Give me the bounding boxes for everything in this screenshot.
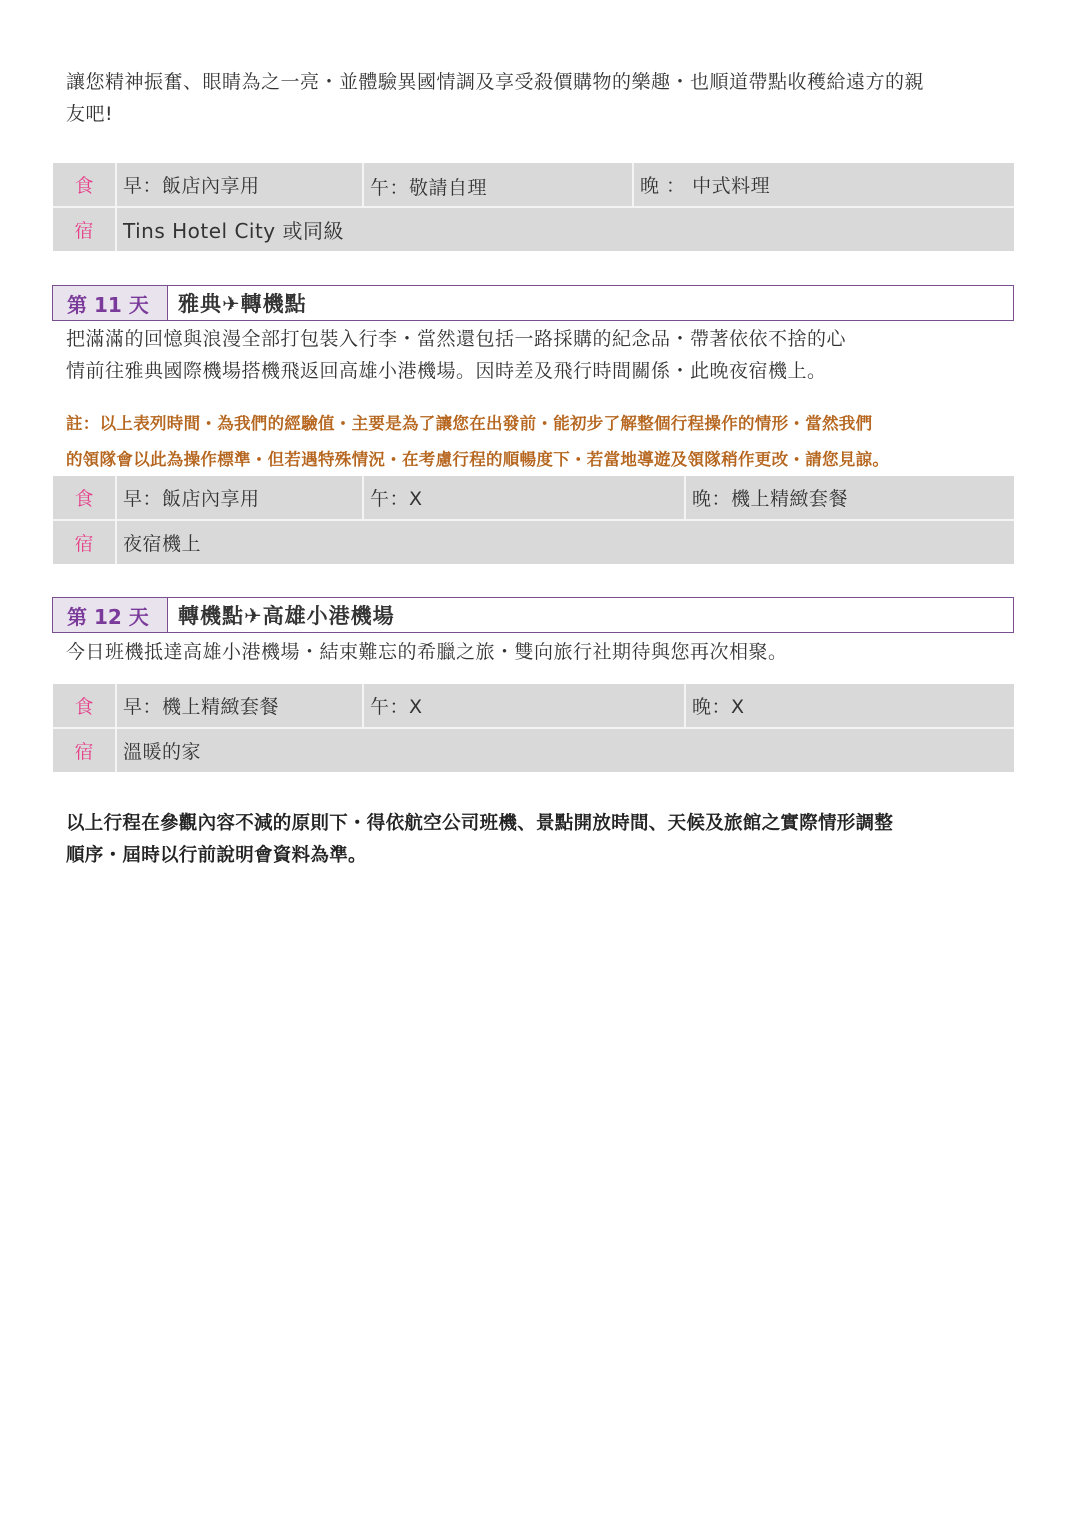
hotel-cell: Tins Hotel City 或同級 xyxy=(117,208,1014,251)
lunch-cell: 午：X xyxy=(362,684,684,727)
lunch-cell: 午：敬請自理 xyxy=(362,163,632,206)
dinner-cell: 晚：X xyxy=(684,684,1014,727)
day-label: 第 11 天 xyxy=(53,286,168,320)
breakfast-cell: 早：機上精緻套餐 xyxy=(117,684,362,727)
food-label: 食 xyxy=(53,684,117,727)
description-line: 情前往雅典國際機場搭機飛返回高雄小港機場。因時差及飛行時間關係・此晚夜宿機上。 xyxy=(66,355,1016,387)
lunch-cell: 午：X xyxy=(362,476,684,519)
dinner-cell: 晚：機上精緻套餐 xyxy=(684,476,1014,519)
day10-meal-table: 食 早：飯店內享用 午：敬請自理 晚 ： 中式料理 宿 Tins Hotel C… xyxy=(53,163,1014,251)
food-label: 食 xyxy=(53,476,117,519)
meal-row: 食 早：機上精緻套餐 午：X 晚：X xyxy=(53,684,1014,727)
day11-header: 第 11 天 雅典✈轉機點 xyxy=(52,285,1014,321)
hotel-cell: 溫暖的家 xyxy=(117,729,1014,772)
day-title: 轉機點✈高雄小港機場 xyxy=(168,598,395,632)
meal-row: 食 早：飯店內享用 午：X 晚：機上精緻套餐 xyxy=(53,476,1014,519)
footer-line: 順序・屆時以行前說明會資料為準。 xyxy=(66,840,1021,872)
day11-description: 把滿滿的回憶與浪漫全部打包裝入行李・當然還包括一路採購的紀念品・帶著依依不捨的心… xyxy=(66,323,1016,387)
stay-label: 宿 xyxy=(53,521,117,564)
day12-meal-table: 食 早：機上精緻套餐 午：X 晚：X 宿 溫暖的家 xyxy=(53,684,1014,772)
intro-paragraph: 讓您精神振奮、眼睛為之一亮・並體驗異國情調及享受殺價購物的樂趣・也順道帶點收穫給… xyxy=(66,66,1016,130)
note-line: 註：以上表列時間・為我們的經驗值・主要是為了讓您在出發前・能初步了解整個行程操作… xyxy=(66,406,1021,442)
meal-row: 食 早：飯店內享用 午：敬請自理 晚 ： 中式料理 xyxy=(53,163,1014,206)
hotel-cell: 夜宿機上 xyxy=(117,521,1014,564)
description-line: 今日班機抵達高雄小港機場・結束難忘的希臘之旅・雙向旅行社期待與您再次相聚。 xyxy=(66,636,1016,668)
day12-description: 今日班機抵達高雄小港機場・結束難忘的希臘之旅・雙向旅行社期待與您再次相聚。 xyxy=(66,636,1016,668)
stay-label: 宿 xyxy=(53,729,117,772)
breakfast-cell: 早：飯店內享用 xyxy=(117,163,362,206)
stay-row: 宿 夜宿機上 xyxy=(53,519,1014,564)
stay-row: 宿 溫暖的家 xyxy=(53,727,1014,772)
intro-line-2: 友吧! xyxy=(66,98,1016,130)
dinner-cell: 晚 ： 中式料理 xyxy=(632,163,1014,206)
stay-label: 宿 xyxy=(53,208,117,251)
note-line: 的領隊會以此為操作標準・但若遇特殊情況・在考慮行程的順暢度下・若當地導遊及領隊稍… xyxy=(66,442,1021,478)
day11-meal-table: 食 早：飯店內享用 午：X 晚：機上精緻套餐 宿 夜宿機上 xyxy=(53,476,1014,564)
breakfast-cell: 早：飯店內享用 xyxy=(117,476,362,519)
food-label: 食 xyxy=(53,163,117,206)
day11-note: 註：以上表列時間・為我們的經驗值・主要是為了讓您在出發前・能初步了解整個行程操作… xyxy=(66,406,1021,478)
stay-row: 宿 Tins Hotel City 或同級 xyxy=(53,206,1014,251)
footer-note: 以上行程在參觀內容不減的原則下・得依航空公司班機、景點開放時間、天候及旅館之實際… xyxy=(66,808,1021,872)
footer-line: 以上行程在參觀內容不減的原則下・得依航空公司班機、景點開放時間、天候及旅館之實際… xyxy=(66,808,1021,840)
description-line: 把滿滿的回憶與浪漫全部打包裝入行李・當然還包括一路採購的紀念品・帶著依依不捨的心 xyxy=(66,323,1016,355)
day12-header: 第 12 天 轉機點✈高雄小港機場 xyxy=(52,597,1014,633)
day-title: 雅典✈轉機點 xyxy=(168,286,307,320)
day-label: 第 12 天 xyxy=(53,598,168,632)
intro-line-1: 讓您精神振奮、眼睛為之一亮・並體驗異國情調及享受殺價購物的樂趣・也順道帶點收穫給… xyxy=(66,66,1016,98)
